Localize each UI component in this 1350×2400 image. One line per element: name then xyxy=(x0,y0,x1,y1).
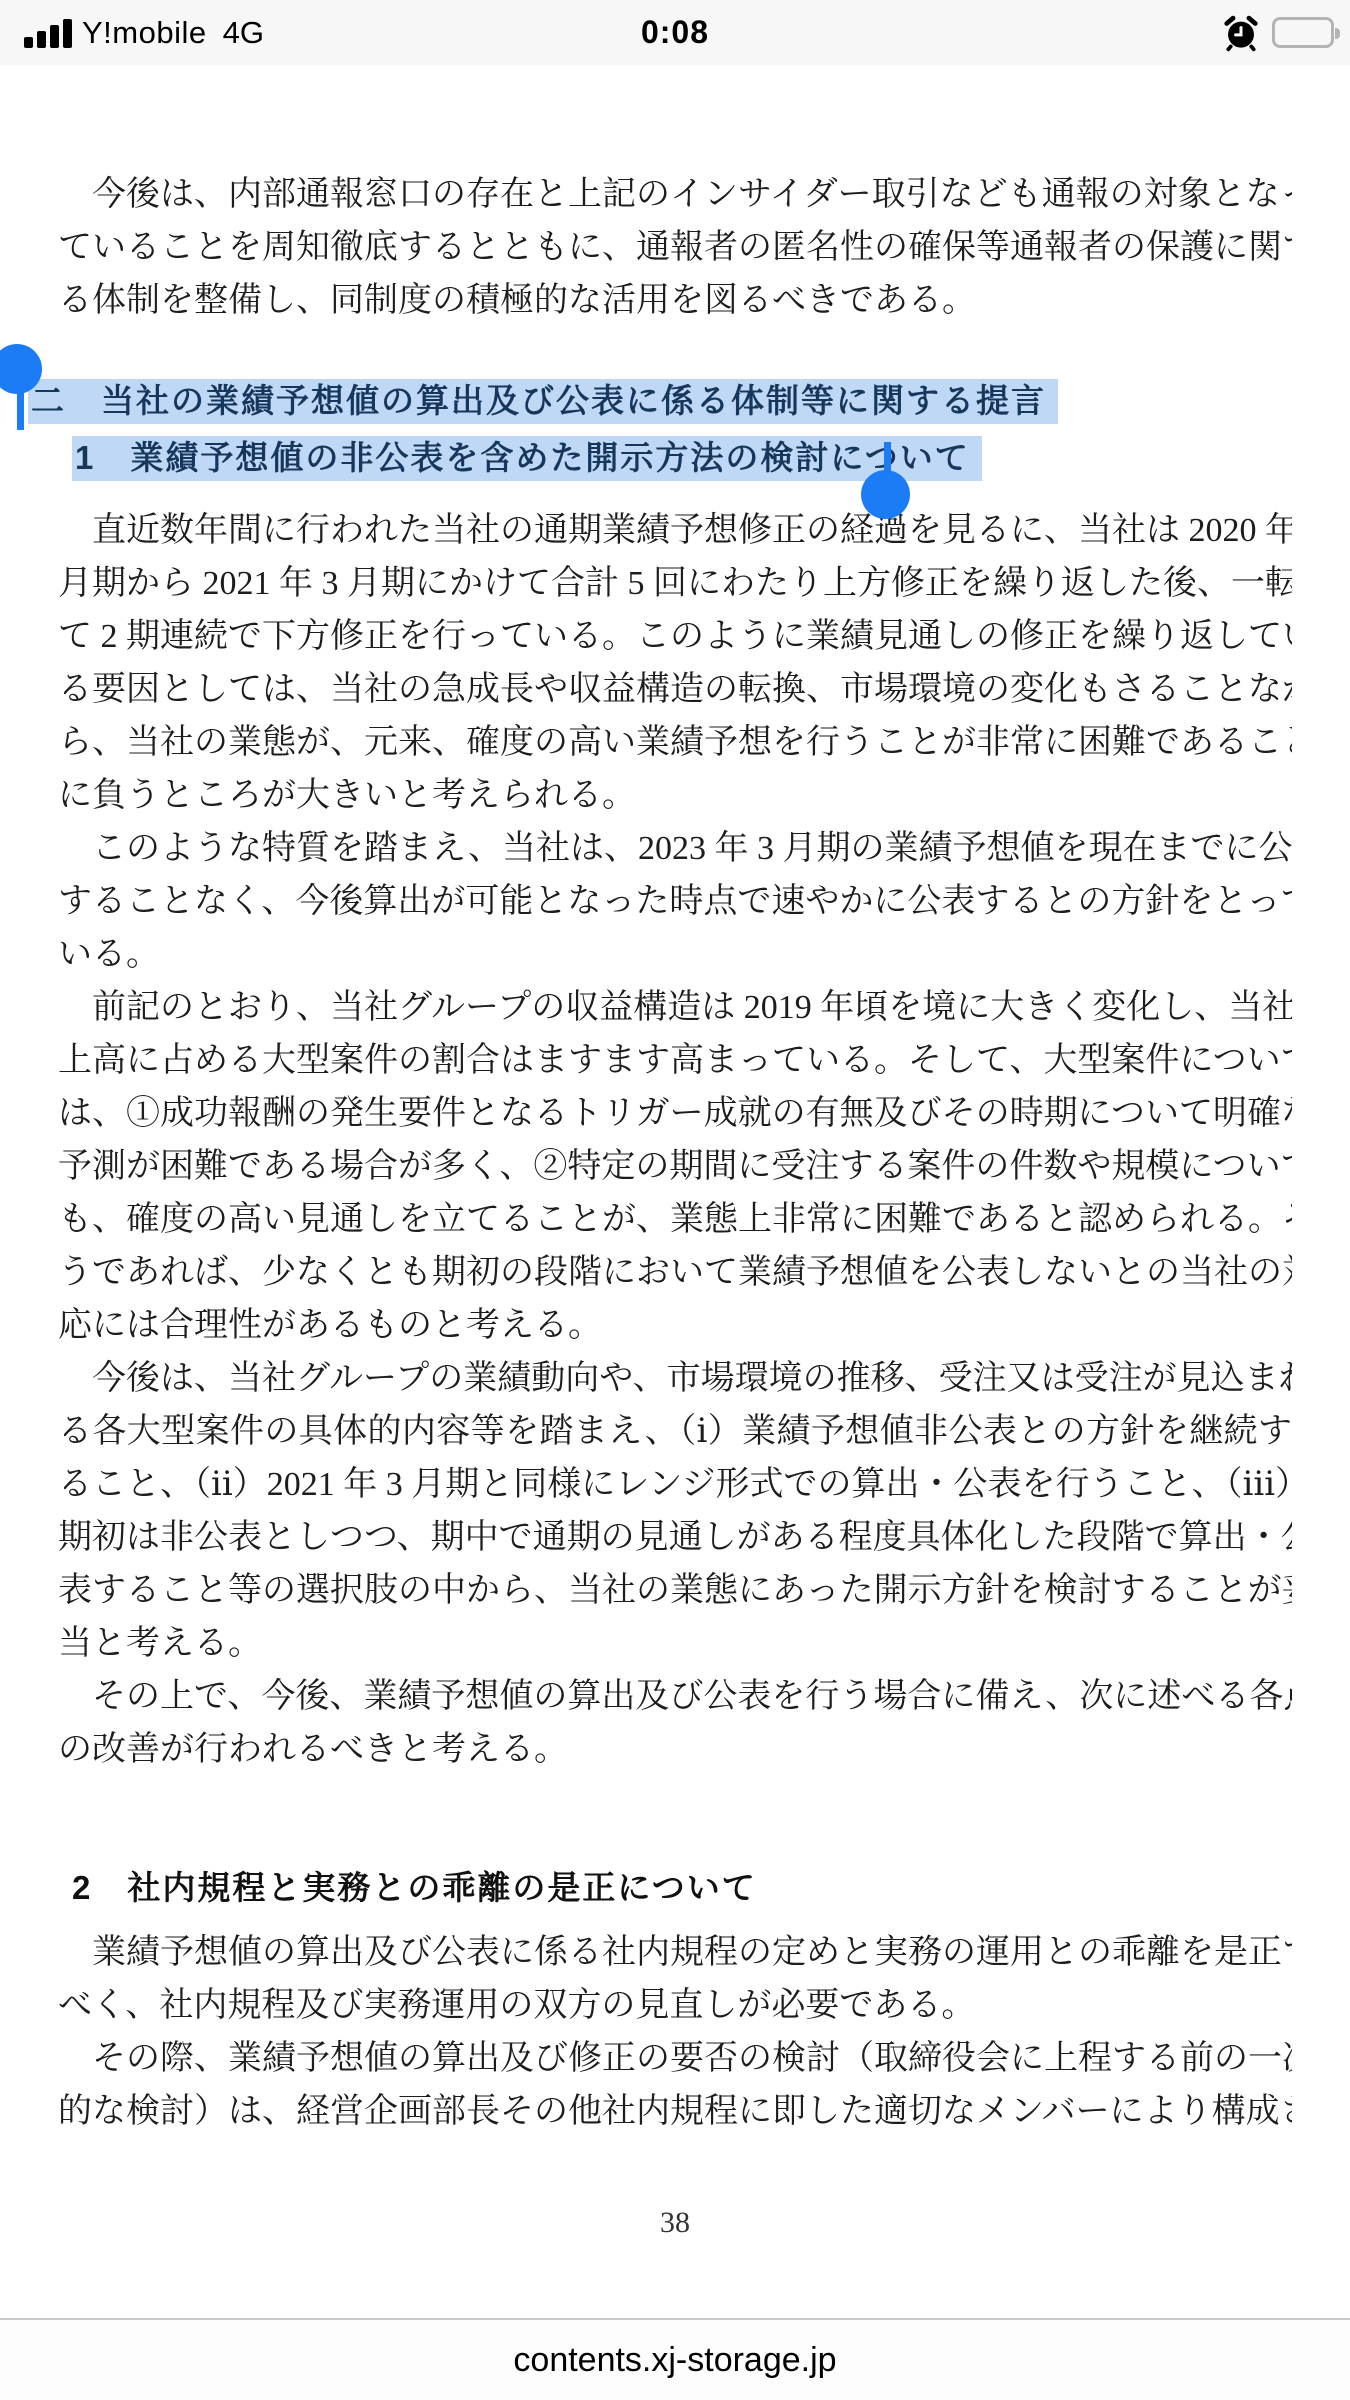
text-line[interactable]: に負うところが大きいと考えられる。 xyxy=(58,769,1292,822)
heading-text: 二 当社の業績予想値の算出及び公表に係る体制等に関する提言 xyxy=(28,379,1058,424)
heading-section-1[interactable]: 1 業績予想値の非公表を含めた開示方法の検討について xyxy=(72,438,1292,478)
text-line[interactable]: 予測が困難である場合が多く、②特定の期間に受注する案件の件数や規模について xyxy=(58,1140,1292,1193)
text-line[interactable]: このような特質を踏まえ、当社は、2023 年 3 月期の業績予想値を現在までに公… xyxy=(58,822,1292,875)
text-line[interactable]: 業績予想値の算出及び公表に係る社内規程の定めと実務の運用との乖離を是正す xyxy=(58,1926,1292,1979)
text-line[interactable]: て 2 期連続で下方修正を行っている。このように業績見通しの修正を繰り返してい xyxy=(58,610,1292,663)
heading-text: 1 業績予想値の非公表を含めた開示方法の検討について xyxy=(72,436,982,481)
url-text[interactable]: contents.xj-storage.jp xyxy=(513,2341,836,2380)
text-line[interactable]: 表すること等の選択肢の中から、当社の業態にあった開示方針を検討することが妥 xyxy=(58,1564,1292,1617)
page-number: 38 xyxy=(58,2196,1292,2249)
pdf-page: 今後は、内部通報窓口の存在と上記のインサイダー取引なども通報の対象となっているこ… xyxy=(0,65,1350,2318)
text-line[interactable]: る体制を整備し、同制度の積極的な活用を図るべきである。 xyxy=(58,274,1292,327)
text-line[interactable]: 期初は非公表としつつ、期中で通期の見通しがある程度具体化した段階で算出・公 xyxy=(58,1511,1292,1564)
text-line[interactable]: 直近数年間に行われた当社の通期業績予想修正の経過を見るに、当社は 2020 年 … xyxy=(58,504,1292,557)
text-line[interactable]: することなく、今後算出が可能となった時点で速やかに公表するとの方針をとって xyxy=(58,875,1292,928)
document-blocks: 今後は、内部通報窓口の存在と上記のインサイダー取引なども通報の対象となっているこ… xyxy=(0,168,1350,2249)
text-line[interactable]: 前記のとおり、当社グループの収益構造は 2019 年頃を境に大きく変化し、当社売 xyxy=(58,981,1292,1034)
heading-chapter-2[interactable]: 二 当社の業績予想値の算出及び公表に係る体制等に関する提言 xyxy=(28,381,1292,421)
paragraph-review-members[interactable]: その際、業績予想値の算出及び修正の要否の検討（取締役会に上程する前の一次的な検討… xyxy=(58,2032,1292,2138)
heading-text: 2 社内規程と実務との乖離の是正について xyxy=(72,1869,757,1906)
text-line[interactable]: ること、（ⅱ）2021 年 3 月期と同様にレンジ形式での算出・公表を行うこと、… xyxy=(58,1458,1292,1511)
browser-url-bar[interactable]: contents.xj-storage.jp xyxy=(0,2318,1350,2400)
selection-start-handle-stem[interactable] xyxy=(17,386,24,430)
text-line[interactable]: いる。 xyxy=(58,928,1292,981)
paragraph-revenue-structure[interactable]: 前記のとおり、当社グループの収益構造は 2019 年頃を境に大きく変化し、当社売… xyxy=(58,981,1292,1352)
text-line[interactable]: の改善が行われるべきと考える。 xyxy=(58,1723,1292,1776)
paragraph-rules-gap[interactable]: 業績予想値の算出及び公表に係る社内規程の定めと実務の運用との乖離を是正すべく、社… xyxy=(58,1926,1292,2032)
text-line[interactable]: る各大型案件の具体的内容等を踏まえ、（ⅰ）業績予想値非公表との方針を継続す xyxy=(58,1405,1292,1458)
text-line[interactable]: べく、社内規程及び実務運用の双方の見直しが必要である。 xyxy=(58,1979,1292,2032)
text-line[interactable]: も、確度の高い見通しを立てることが、業態上非常に困難であると認められる。そ xyxy=(58,1193,1292,1246)
paragraph-2023-policy[interactable]: このような特質を踏まえ、当社は、2023 年 3 月期の業績予想値を現在までに公… xyxy=(58,822,1292,981)
text-line[interactable]: ていることを周知徹底するとともに、通報者の匿名性の確保等通報者の保護に関す xyxy=(58,221,1292,274)
paragraph-whistleblower[interactable]: 今後は、内部通報窓口の存在と上記のインサイダー取引なども通報の対象となっているこ… xyxy=(58,168,1292,327)
text-line[interactable]: は、①成功報酬の発生要件となるトリガー成就の有無及びその時期について明確な xyxy=(58,1087,1292,1140)
text-line[interactable]: その際、業績予想値の算出及び修正の要否の検討（取締役会に上程する前の一次 xyxy=(58,2032,1292,2085)
text-line[interactable]: る要因としては、当社の急成長や収益構造の転換、市場環境の変化もさることなが xyxy=(58,663,1292,716)
battery-icon xyxy=(1272,17,1334,48)
paragraph-forecast-history[interactable]: 直近数年間に行われた当社の通期業績予想修正の経過を見るに、当社は 2020 年 … xyxy=(58,504,1292,822)
text-line[interactable]: 応には合理性があるものと考える。 xyxy=(58,1299,1292,1352)
text-line[interactable]: 月期から 2021 年 3 月期にかけて合計 5 回にわたり上方修正を繰り返した… xyxy=(58,557,1292,610)
selection-end-handle[interactable] xyxy=(861,470,910,519)
text-line[interactable]: 今後は、内部通報窓口の存在と上記のインサイダー取引なども通報の対象となっ xyxy=(58,168,1292,221)
paragraph-improvements-intro[interactable]: その上で、今後、業績予想値の算出及び公表を行う場合に備え、次に述べる各点の改善が… xyxy=(58,1670,1292,1776)
text-line[interactable]: 上高に占める大型案件の割合はますます高まっている。そして、大型案件について xyxy=(58,1034,1292,1087)
text-line[interactable]: ら、当社の業態が、元来、確度の高い業績予想を行うことが非常に困難であること xyxy=(58,716,1292,769)
text-line[interactable]: うであれば、少なくとも期初の段階において業績予想値を公表しないとの当社の対 xyxy=(58,1246,1292,1299)
status-bar: Y!mobile 4G 0:08 xyxy=(0,0,1350,65)
text-line[interactable]: 当と考える。 xyxy=(58,1617,1292,1670)
text-line[interactable]: 今後は、当社グループの業績動向や、市場環境の推移、受注又は受注が見込まれ xyxy=(58,1352,1292,1405)
heading-section-2[interactable]: 2 社内規程と実務との乖離の是正について xyxy=(72,1868,1292,1908)
text-line[interactable]: その上で、今後、業績予想値の算出及び公表を行う場合に備え、次に述べる各点 xyxy=(58,1670,1292,1723)
alarm-clock-icon xyxy=(1222,14,1260,52)
paragraph-disclosure-options[interactable]: 今後は、当社グループの業績動向や、市場環境の推移、受注又は受注が見込まれる各大型… xyxy=(58,1352,1292,1670)
text-line[interactable]: 的な検討）は、経営企画部長その他社内規程に即した適切なメンバーにより構成さ xyxy=(58,2085,1292,2138)
status-time: 0:08 xyxy=(0,14,1350,51)
